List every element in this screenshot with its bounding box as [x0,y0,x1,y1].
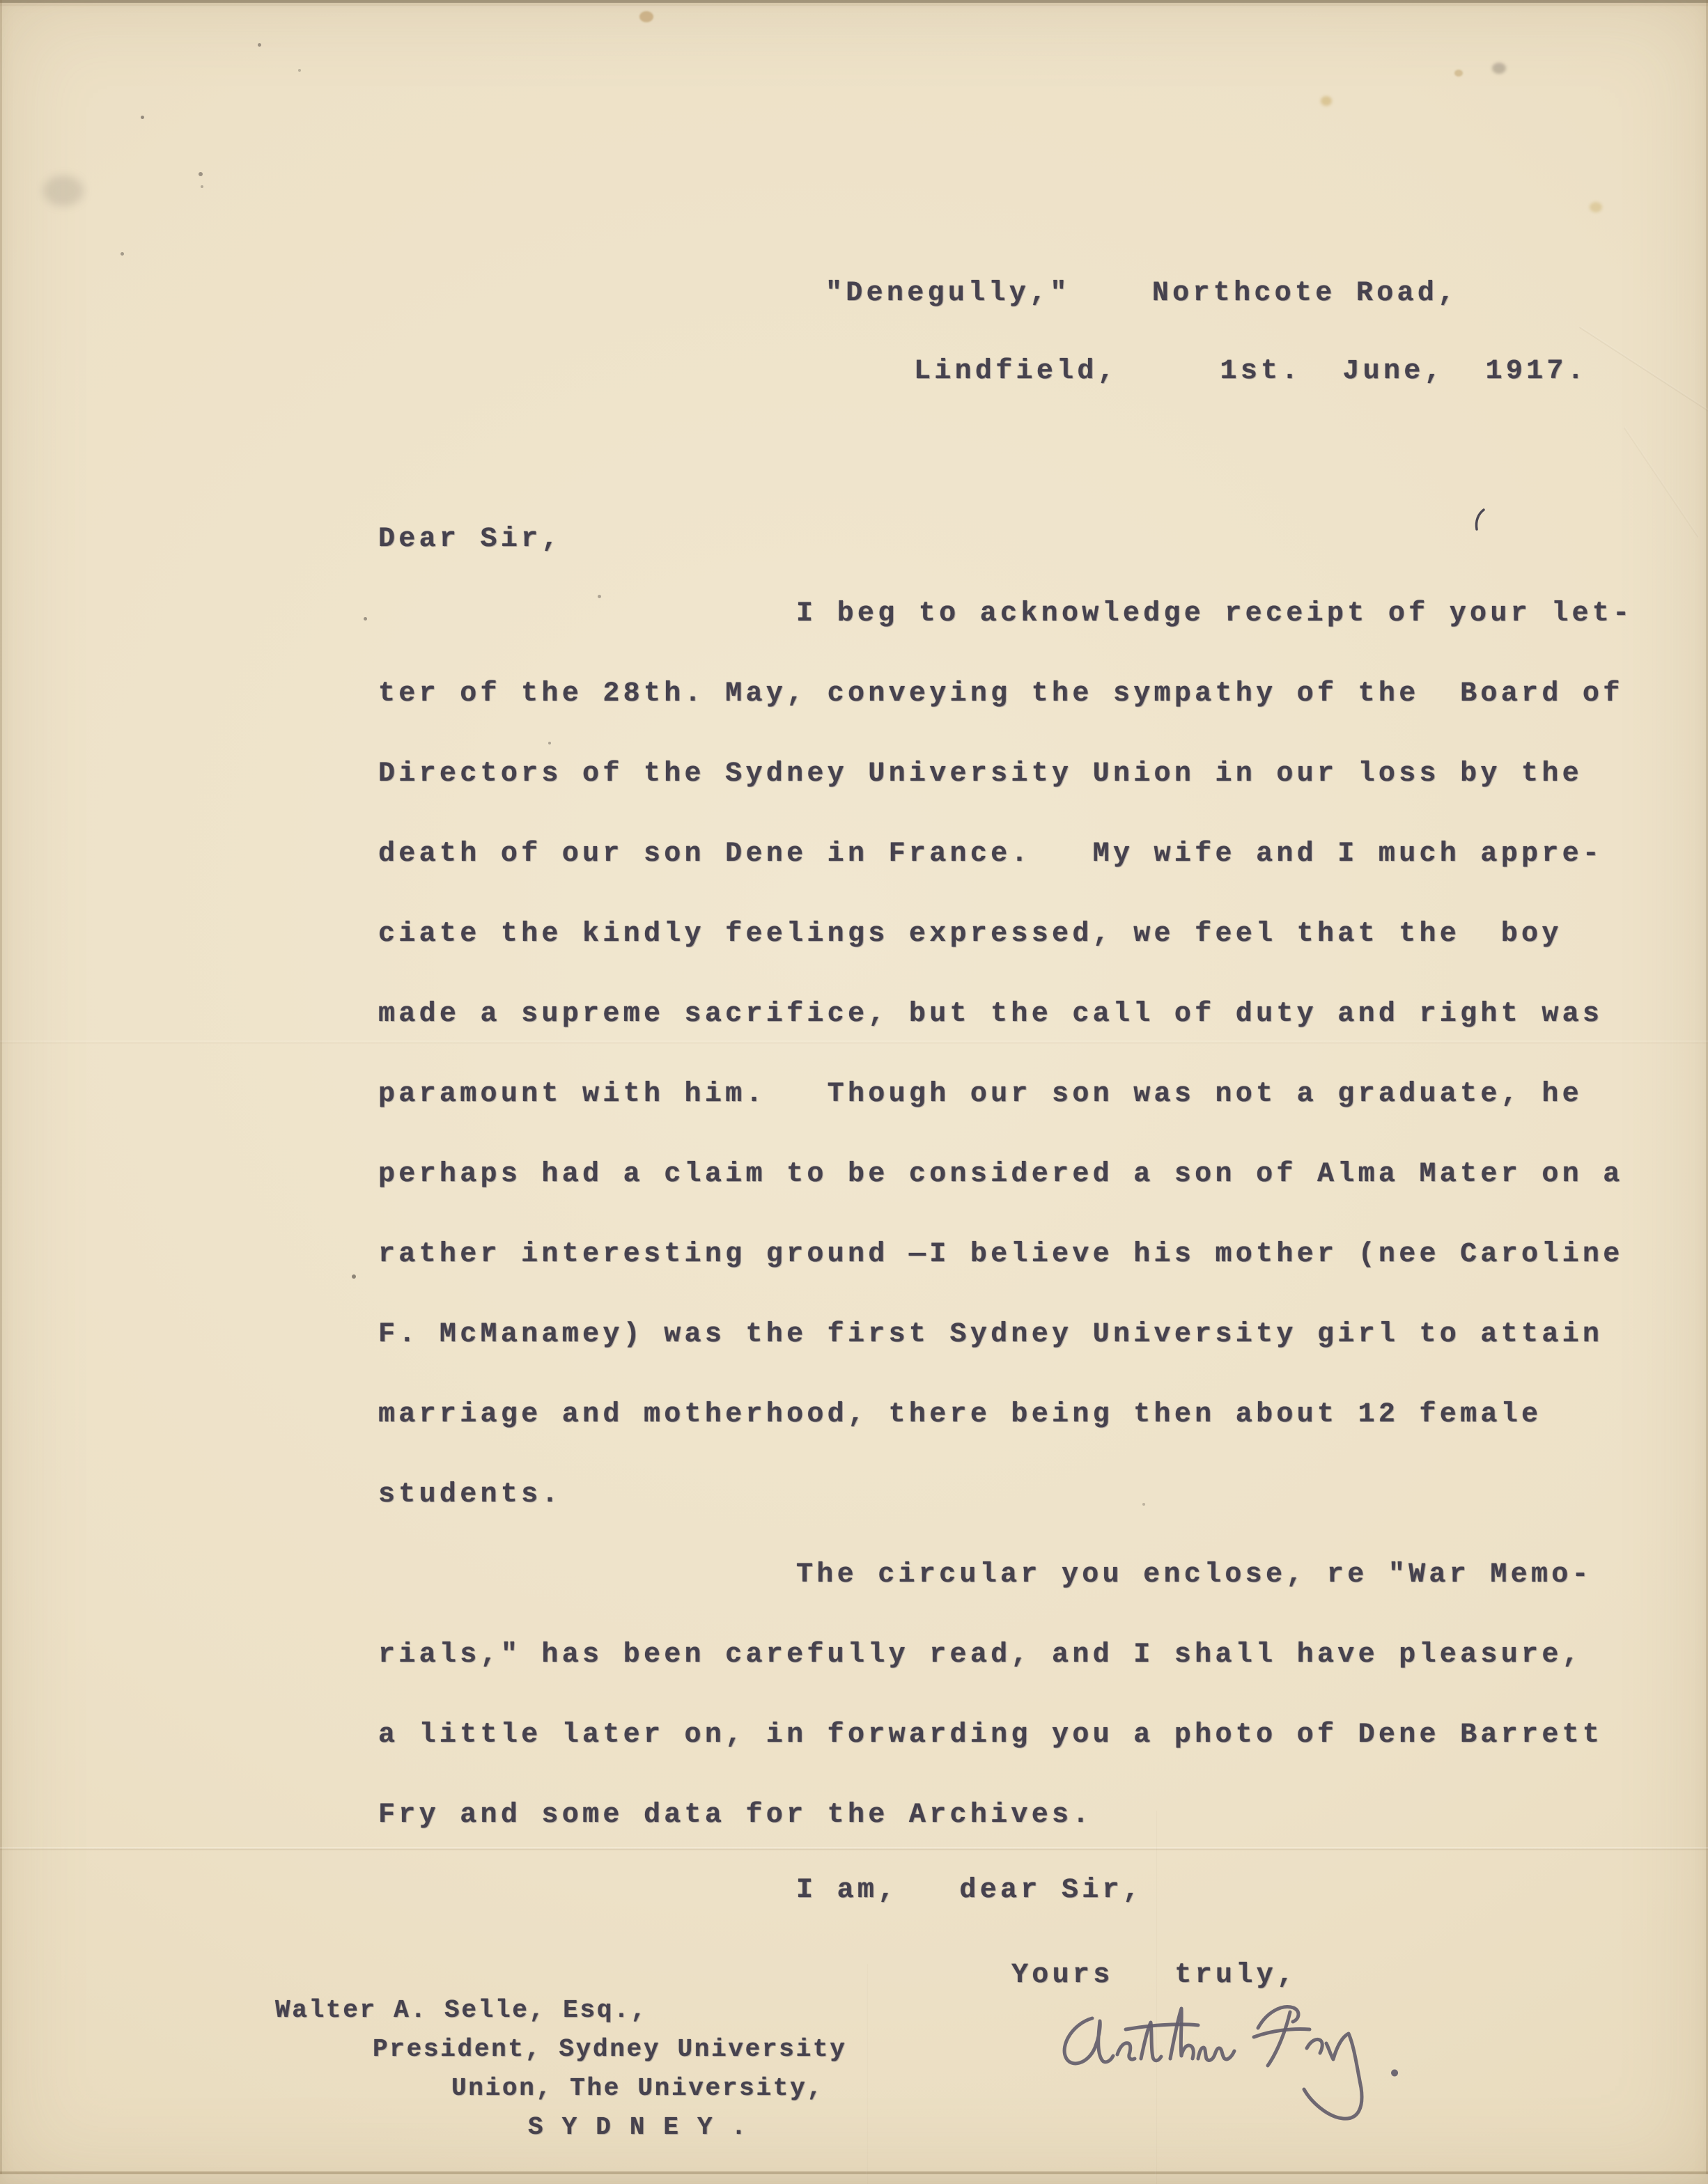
paper-speck [199,172,203,176]
paper-stain [639,11,653,22]
paper-speck [364,617,367,621]
fold-crease-vertical-2 [866,1964,868,2184]
paper-speck [121,252,124,256]
body-line: rather interesting ground —I believe his… [378,1239,1624,1271]
paper-stain [1321,96,1332,106]
paper-stain [1492,63,1506,74]
body-line: paramount with him. Though our son was n… [378,1079,1583,1111]
fold-crease-lower [0,1847,1708,1851]
body-line: Fry and some data for the Archives. [378,1800,1093,1832]
pen-tick-mark [1471,507,1488,533]
body-line: made a supreme sacrifice, but the call o… [378,999,1603,1031]
body-line: perhaps had a claim to be considered a s… [378,1159,1624,1191]
paper-stain [1454,70,1463,77]
body-line: a little later on, in forwarding you a p… [378,1719,1603,1752]
scan-strip-bottom [0,2174,1708,2184]
body-line: death of our son Dene in France. My wife… [378,838,1603,871]
paper-speck [1142,1503,1145,1506]
closing-line-2: Yours truly, [1011,1960,1297,1992]
corner-crease-2 [1624,427,1700,538]
corner-crease [1579,326,1708,442]
body-line: I beg to acknowledge receipt of your let… [796,598,1633,630]
paper-smudge [43,175,84,206]
recipient-line: S Y D N E Y . [528,2113,748,2142]
body-line: rials," has been carefully read, and I s… [378,1639,1583,1671]
paper-speck [352,1274,356,1279]
paper-speck [201,185,203,188]
body-line: ciate the kindly feelings expressed, we … [378,919,1562,951]
signature-arthur-fry [1052,1997,1428,2137]
address-line-2: Lindfield, 1st. June, 1917. [914,356,1587,388]
paper-speck [598,595,601,598]
recipient-line: Union, The University, [451,2074,824,2103]
body-line: The circular you enclose, re "War Memo- [796,1559,1592,1591]
body-line: ter of the 28th. May, conveying the symp… [378,678,1624,710]
closing-line-1: I am, dear Sir, [796,1875,1143,1907]
fold-crease-upper [0,1040,1708,1045]
body-line: students. [378,1479,562,1511]
paper-speck [258,43,261,47]
address-line-1: "Denegully," Northcote Road, [825,278,1458,310]
salutation: Dear Sir, [378,524,562,556]
recipient-line: Walter A. Selle, Esq., [275,1996,648,2025]
scan-edge-left [0,0,2,2184]
letter-page: "Denegully," Northcote Road, Lindfield, … [0,0,1708,2184]
body-line: marriage and motherhood, there being the… [378,1399,1542,1431]
body-line: Directors of the Sydney University Union… [378,758,1583,790]
paper-speck [141,116,144,119]
recipient-line: President, Sydney University [373,2035,847,2064]
scan-edge-top-highlight [0,3,1708,6]
body-line: F. McManamey) was the first Sydney Unive… [378,1319,1603,1351]
paper-speck [548,742,551,744]
paper-speck [298,69,301,72]
paper-stain [1590,202,1602,212]
